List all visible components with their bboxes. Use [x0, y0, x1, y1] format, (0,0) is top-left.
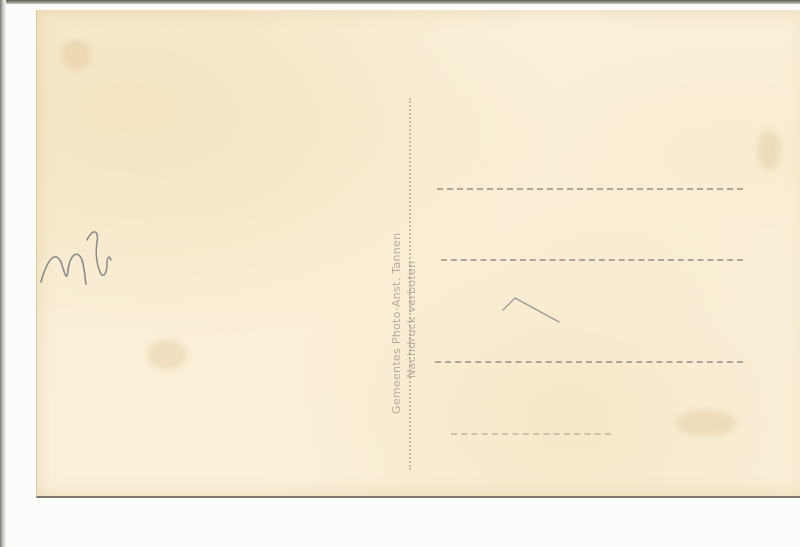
scan-background: Gemeentes Photo-Anst. Tannen Nachdruck v… — [0, 0, 800, 547]
imprint-copyright: Nachdruck verboten — [404, 233, 419, 414]
scanner-edge-left — [0, 0, 6, 547]
pencil-stray-mark — [499, 288, 569, 328]
address-line-1 — [437, 188, 743, 190]
foxing-stain — [757, 130, 781, 170]
address-line-2 — [441, 259, 743, 261]
scanner-edge-top — [0, 0, 800, 4]
address-line-3 — [435, 361, 743, 363]
imprint-publisher: Gemeentes Photo-Anst. Tannen — [389, 233, 404, 414]
publisher-imprint: Gemeentes Photo-Anst. Tannen Nachdruck v… — [389, 233, 419, 414]
foxing-stain — [147, 340, 187, 370]
pencil-handwriting — [37, 220, 127, 300]
postcard-back: Gemeentes Photo-Anst. Tannen Nachdruck v… — [36, 10, 800, 498]
address-line-4 — [451, 433, 611, 435]
foxing-stain — [677, 410, 737, 436]
foxing-stain — [61, 40, 91, 70]
